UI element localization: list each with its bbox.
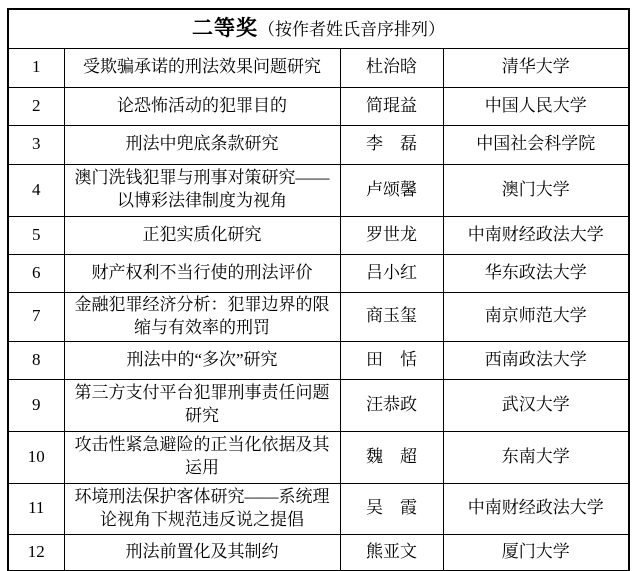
paper-title-cell: 正犯实质化研究 — [64, 216, 340, 254]
row-number-cell: 8 — [8, 341, 64, 379]
table-row: 2 论恐怖活动的犯罪目的 简琨益 中国人民大学 — [8, 87, 629, 125]
award-title: 二等奖 — [192, 17, 258, 40]
row-number-cell: 5 — [8, 216, 64, 254]
institution-cell: 澳门大学 — [443, 164, 629, 216]
paper-title-cell: 攻击性紧急避险的正当化依据及其运用 — [64, 431, 340, 483]
row-number-cell: 2 — [8, 87, 64, 125]
author-name-cell: 李 磊 — [340, 125, 443, 164]
author-name-cell: 卢颂馨 — [340, 164, 443, 216]
author-name-cell: 熊亚文 — [340, 534, 443, 571]
paper-title-cell: 刑法中的“多次”研究 — [64, 341, 340, 379]
paper-title-cell: 财产权利不当行使的刑法评价 — [64, 254, 340, 292]
institution-cell: 东南大学 — [443, 431, 629, 483]
table-row: 12 刑法前置化及其制约 熊亚文 厦门大学 — [8, 534, 629, 571]
row-number-cell: 3 — [8, 125, 64, 164]
author-name-cell: 田 恬 — [340, 341, 443, 379]
paper-title-cell: 论恐怖活动的犯罪目的 — [64, 87, 340, 125]
institution-cell: 西南政法大学 — [443, 341, 629, 379]
paper-title-cell: 受欺骗承诺的刑法效果问题研究 — [64, 48, 340, 87]
row-number-cell: 7 — [8, 292, 64, 341]
row-number-cell: 12 — [8, 534, 64, 571]
row-number-cell: 10 — [8, 431, 64, 483]
paper-title-cell: 第三方支付平台犯罪刑事责任问题研究 — [64, 379, 340, 431]
institution-cell: 中国人民大学 — [443, 87, 629, 125]
author-name-cell: 商玉玺 — [340, 292, 443, 341]
row-number-cell: 11 — [8, 483, 64, 534]
author-name-cell: 杜治晗 — [340, 48, 443, 87]
author-name-cell: 汪恭政 — [340, 379, 443, 431]
paper-title-cell: 澳门洗钱犯罪与刑事对策研究——以博彩法律制度为视角 — [64, 164, 340, 216]
institution-cell: 武汉大学 — [443, 379, 629, 431]
institution-cell: 中南财经政法大学 — [443, 216, 629, 254]
author-name-cell: 罗世龙 — [340, 216, 443, 254]
paper-title-cell: 刑法前置化及其制约 — [64, 534, 340, 571]
institution-cell: 华东政法大学 — [443, 254, 629, 292]
paper-title-cell: 环境刑法保护客体研究——系统理论视角下规范违反说之提倡 — [64, 483, 340, 534]
row-number-cell: 1 — [8, 48, 64, 87]
second-prize-table: 二等奖（按作者姓氏音序排列） 1 受欺骗承诺的刑法效果问题研究 杜治晗 清华大学… — [7, 8, 630, 571]
table-row: 7 金融犯罪经济分析：犯罪边界的限缩与有效率的刑罚 商玉玺 南京师范大学 — [8, 292, 629, 341]
table-row: 8 刑法中的“多次”研究 田 恬 西南政法大学 — [8, 341, 629, 379]
paper-title-cell: 刑法中兜底条款研究 — [64, 125, 340, 164]
table-title-cell: 二等奖（按作者姓氏音序排列） — [8, 9, 629, 48]
institution-cell: 南京师范大学 — [443, 292, 629, 341]
table-row: 9 第三方支付平台犯罪刑事责任问题研究 汪恭政 武汉大学 — [8, 379, 629, 431]
table-row: 5 正犯实质化研究 罗世龙 中南财经政法大学 — [8, 216, 629, 254]
author-name-cell: 魏 超 — [340, 431, 443, 483]
author-name-cell: 吴 霞 — [340, 483, 443, 534]
table-header-row: 二等奖（按作者姓氏音序排列） — [8, 9, 629, 48]
row-number-cell: 9 — [8, 379, 64, 431]
author-name-cell: 简琨益 — [340, 87, 443, 125]
award-subtitle: （按作者姓氏音序排列） — [258, 20, 445, 39]
document-page: 二等奖（按作者姓氏音序排列） 1 受欺骗承诺的刑法效果问题研究 杜治晗 清华大学… — [0, 0, 635, 571]
table-row: 3 刑法中兜底条款研究 李 磊 中国社会科学院 — [8, 125, 629, 164]
institution-cell: 厦门大学 — [443, 534, 629, 571]
institution-cell: 中国社会科学院 — [443, 125, 629, 164]
institution-cell: 中南财经政法大学 — [443, 483, 629, 534]
table-row: 1 受欺骗承诺的刑法效果问题研究 杜治晗 清华大学 — [8, 48, 629, 87]
paper-title-cell: 金融犯罪经济分析：犯罪边界的限缩与有效率的刑罚 — [64, 292, 340, 341]
row-number-cell: 6 — [8, 254, 64, 292]
row-number-cell: 4 — [8, 164, 64, 216]
author-name-cell: 吕小红 — [340, 254, 443, 292]
table-row: 11 环境刑法保护客体研究——系统理论视角下规范违反说之提倡 吴 霞 中南财经政… — [8, 483, 629, 534]
table-row: 10 攻击性紧急避险的正当化依据及其运用 魏 超 东南大学 — [8, 431, 629, 483]
table-row: 4 澳门洗钱犯罪与刑事对策研究——以博彩法律制度为视角 卢颂馨 澳门大学 — [8, 164, 629, 216]
institution-cell: 清华大学 — [443, 48, 629, 87]
table-row: 6 财产权利不当行使的刑法评价 吕小红 华东政法大学 — [8, 254, 629, 292]
